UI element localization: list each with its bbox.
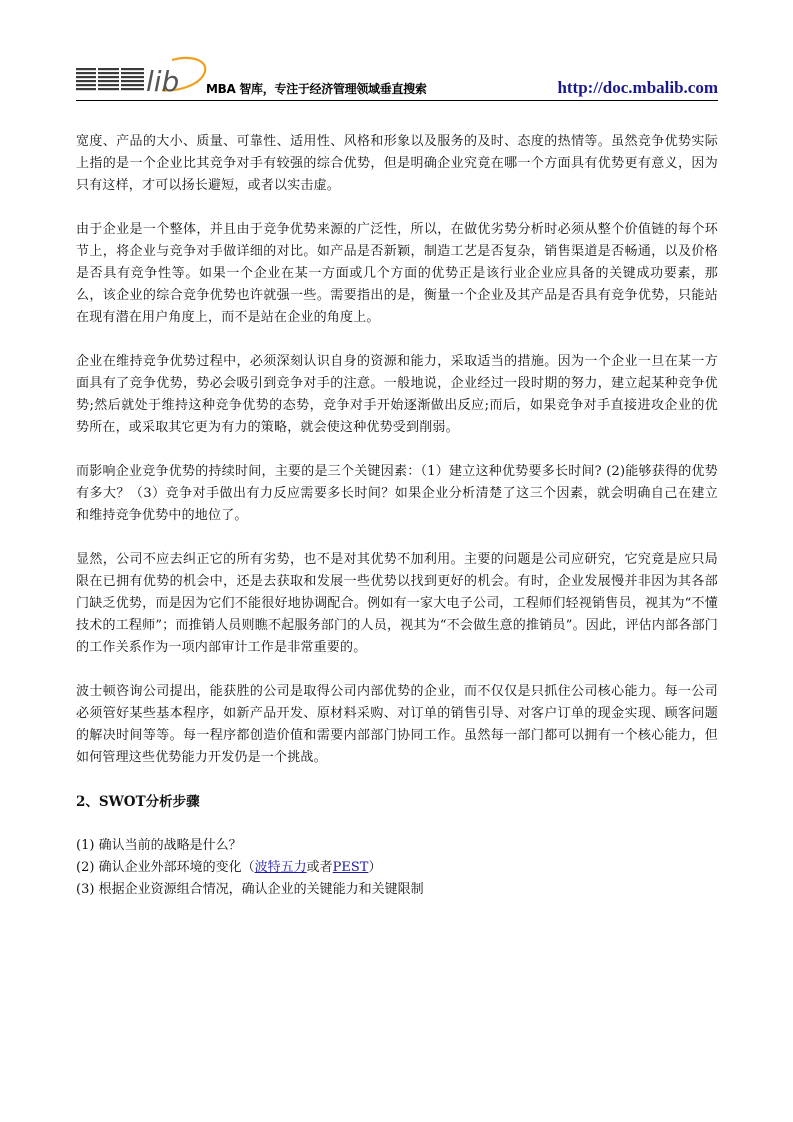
header-divider [76,100,718,101]
step-text: 或者 [307,860,333,875]
porter-five-forces-link[interactable]: 波特五力 [255,860,307,875]
svg-text:lib: lib [146,65,179,96]
mbalib-logo-icon: MBA lib [76,56,216,96]
section-heading: 2、SWOT分析步骤 [76,791,718,813]
step-item: (3) 根据企业资源组合情况，确认企业的关键能力和关键限制 [76,879,718,901]
site-url-link[interactable]: http://doc.mbalib.com [557,78,718,98]
step-text: ） [368,860,381,875]
step-text: 根据企业资源组合情况，确认企业的关键能力和关键限制 [99,882,424,897]
paragraph: 显然，公司不应去纠正它的所有劣势，也不是对其优势不加利用。主要的问题是公司应研究… [76,549,718,659]
step-number: (2) [76,860,94,875]
swot-steps-list: (1) 确认当前的战略是什么？ (2) 确认企业外部环境的变化（波特五力或者PE… [76,835,718,901]
site-tagline: MBA 智库，专注于经济管理领域垂直搜索 [206,80,427,97]
step-text: 确认当前的战略是什么？ [99,838,242,853]
paragraph: 波士顿咨询公司提出，能获胜的公司是取得公司内部优势的企业，而不仅仅是只抓住公司核… [76,681,718,769]
paragraph: 而影响企业竞争优势的持续时间，主要的是三个关键因素：（1）建立这种优势要多长时间… [76,461,718,527]
step-number: (1) [76,838,94,853]
paragraph: 企业在维持竞争优势过程中，必须深刻认识自身的资源和能力，采取适当的措施。因为一个… [76,351,718,439]
page-header: MBA lib MBA 智库，专注于经济管理领域垂直搜索 http://doc.… [76,52,718,102]
pest-link[interactable]: PEST [333,860,369,875]
svg-text:MBA: MBA [77,67,145,96]
paragraph: 宽度、产品的大小、质量、可靠性、适用性、风格和形象以及服务的及时、态度的热情等。… [76,131,718,197]
step-item: (2) 确认企业外部环境的变化（波特五力或者PEST） [76,857,718,879]
step-item: (1) 确认当前的战略是什么？ [76,835,718,857]
step-number: (3) [76,882,94,897]
paragraph: 由于企业是一个整体，并且由于竞争优势来源的广泛性，所以，在做优劣势分析时必须从整… [76,219,718,329]
step-text: 确认企业外部环境的变化（ [99,860,255,875]
document-body: 宽度、产品的大小、质量、可靠性、适用性、风格和形象以及服务的及时、态度的热情等。… [76,131,718,901]
